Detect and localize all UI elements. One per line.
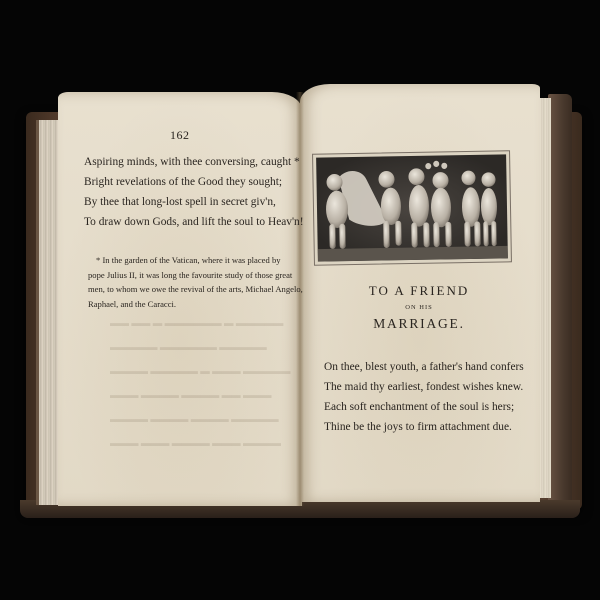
- verse-line: Bright revelations of the Good they soug…: [84, 172, 304, 192]
- right-verse: On thee, blest youth, a father's hand co…: [324, 357, 524, 437]
- verse-line: Thine be the joys to firm attachment due…: [324, 417, 524, 437]
- footnote-line: pope Julius II, it was long the favourit…: [88, 268, 306, 283]
- verse-line: The maid thy earliest, fondest wishes kn…: [324, 377, 524, 397]
- footnote-line: * In the garden of the Vatican, where it…: [88, 253, 306, 268]
- book-cover-right-board: [548, 94, 572, 506]
- verse-line: By thee that long-lost spell in secret g…: [84, 192, 304, 212]
- bleed-through-text: ▬▬ ▬▬ ▬ ▬▬▬▬▬▬ ▬ ▬▬▬▬▬ ▬▬▬▬▬ ▬▬▬▬▬▬ ▬▬▬▬…: [110, 312, 291, 456]
- poem-title-subline: ON HIS: [305, 304, 533, 311]
- book-photo: 162 Aspiring minds, with thee conversing…: [0, 0, 600, 600]
- verse-line: Aspiring minds, with thee conversing, ca…: [84, 152, 304, 172]
- verse-line: Each soft enchantment of the soul is her…: [324, 397, 524, 417]
- poem-title-line-2: MARRIAGE.: [305, 316, 533, 332]
- footnote-line: men, to whom we owe the revival of the a…: [88, 282, 306, 297]
- cherub-engraving: [316, 154, 508, 261]
- page-number: 162: [170, 128, 190, 143]
- footnote: * In the garden of the Vatican, where it…: [88, 253, 306, 311]
- cherubs-illustration-icon: [316, 154, 508, 261]
- verse-line: To draw down Gods, and lift the soul to …: [84, 212, 304, 232]
- poem-title-line-1: TO A FRIEND: [305, 283, 533, 299]
- engraving-frame: [312, 150, 512, 265]
- footnote-line: Raphael, and the Caracci.: [88, 297, 306, 312]
- left-verse: Aspiring minds, with thee conversing, ca…: [84, 152, 304, 232]
- verse-line: On thee, blest youth, a father's hand co…: [324, 357, 524, 377]
